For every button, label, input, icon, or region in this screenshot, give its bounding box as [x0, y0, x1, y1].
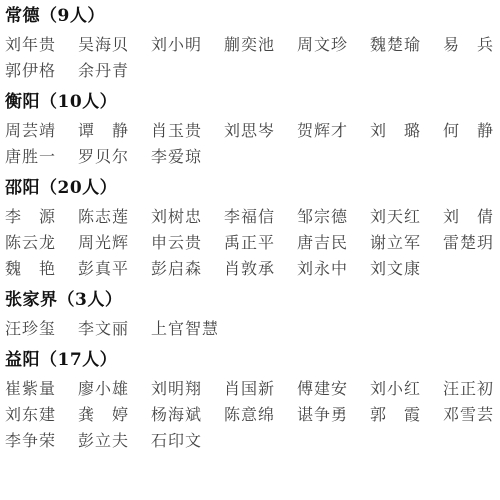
names-grid: 周芸靖谭 静肖玉贵刘思岑贺辉才刘 璐何 静唐胜一罗贝尔李爱琼 [5, 118, 500, 170]
person-name: 唐胜一 [5, 144, 78, 170]
person-name: 刘 璐 [370, 118, 443, 144]
person-name: 李福信 [224, 204, 297, 230]
person-name: 何 静 [443, 118, 500, 144]
person-name: 李争荣 [5, 428, 78, 454]
person-name: 周文珍 [297, 32, 370, 58]
section-heading: 张家界（3人） [5, 284, 500, 316]
person-name: 肖敦承 [224, 256, 297, 282]
section-heading: 益阳（17人） [5, 344, 500, 376]
section-heading: 常德（9人） [5, 0, 500, 32]
person-name: 刘 倩 [443, 204, 500, 230]
person-name: 易 兵 [443, 32, 500, 58]
person-name: 傅建安 [297, 376, 370, 402]
person-name: 廖小雄 [78, 376, 151, 402]
person-name: 汪正初 [443, 376, 500, 402]
region-section: 益阳（17人）崔紫量廖小雄刘明翔肖国新傅建安刘小红汪正初刘东建龚 婷杨海斌陈意绵… [5, 344, 500, 454]
person-name: 邹宗德 [297, 204, 370, 230]
person-name: 刘小红 [370, 376, 443, 402]
person-name: 申云贵 [151, 230, 224, 256]
person-name: 彭真平 [78, 256, 151, 282]
person-name: 禹正平 [224, 230, 297, 256]
person-name: 罗贝尔 [78, 144, 151, 170]
name-list-document: 常德（9人）刘年贵吴海贝刘小明蒯奕池周文珍魏楚瑜易 兵郭伊格余丹青衡阳（10人）… [5, 0, 500, 456]
person-name: 唐吉民 [297, 230, 370, 256]
person-name: 陈云龙 [5, 230, 78, 256]
person-name: 刘树忠 [151, 204, 224, 230]
person-name: 谌争勇 [297, 402, 370, 428]
person-name: 余丹青 [78, 58, 151, 84]
person-name: 肖国新 [224, 376, 297, 402]
person-name: 谭 静 [78, 118, 151, 144]
region-section: 邵阳（20人）李 源陈志莲刘树忠李福信邹宗德刘天红刘 倩陈云龙周光辉申云贵禹正平… [5, 172, 500, 282]
person-name: 李文丽 [78, 316, 151, 342]
section-heading: 衡阳（10人） [5, 86, 500, 118]
person-name: 刘东建 [5, 402, 78, 428]
person-name: 李 源 [5, 204, 78, 230]
section-heading: 邵阳（20人） [5, 172, 500, 204]
person-name: 杨海斌 [151, 402, 224, 428]
person-name: 刘永中 [297, 256, 370, 282]
person-name: 邓雪芸 [443, 402, 500, 428]
person-name: 肖玉贵 [151, 118, 224, 144]
person-name: 周芸靖 [5, 118, 78, 144]
person-name: 彭立夫 [78, 428, 151, 454]
region-section: 衡阳（10人）周芸靖谭 静肖玉贵刘思岑贺辉才刘 璐何 静唐胜一罗贝尔李爱琼 [5, 86, 500, 170]
person-name: 谢立军 [370, 230, 443, 256]
person-name: 刘文康 [370, 256, 443, 282]
person-name: 李爱琼 [151, 144, 224, 170]
names-grid: 汪珍玺李文丽上官智慧 [5, 316, 500, 342]
names-grid: 崔紫量廖小雄刘明翔肖国新傅建安刘小红汪正初刘东建龚 婷杨海斌陈意绵谌争勇郭 霞邓… [5, 376, 500, 454]
person-name: 魏 艳 [5, 256, 78, 282]
person-name: 雷楚玥 [443, 230, 500, 256]
person-name: 刘明翔 [151, 376, 224, 402]
person-name: 汪珍玺 [5, 316, 78, 342]
person-name: 蒯奕池 [224, 32, 297, 58]
person-name: 郭 霞 [370, 402, 443, 428]
person-name: 魏楚瑜 [370, 32, 443, 58]
region-section: 张家界（3人）汪珍玺李文丽上官智慧 [5, 284, 500, 342]
person-name: 龚 婷 [78, 402, 151, 428]
person-name: 石印文 [151, 428, 224, 454]
person-name: 崔紫量 [5, 376, 78, 402]
person-name: 陈意绵 [224, 402, 297, 428]
names-grid: 李 源陈志莲刘树忠李福信邹宗德刘天红刘 倩陈云龙周光辉申云贵禹正平唐吉民谢立军雷… [5, 204, 500, 282]
person-name: 陈志莲 [78, 204, 151, 230]
person-name: 吴海贝 [78, 32, 151, 58]
person-name: 刘天红 [370, 204, 443, 230]
person-name: 上官智慧 [151, 316, 224, 342]
person-name: 刘年贵 [5, 32, 78, 58]
person-name: 郭伊格 [5, 58, 78, 84]
person-name: 刘小明 [151, 32, 224, 58]
person-name: 刘思岑 [224, 118, 297, 144]
person-name: 周光辉 [78, 230, 151, 256]
region-section: 常德（9人）刘年贵吴海贝刘小明蒯奕池周文珍魏楚瑜易 兵郭伊格余丹青 [5, 0, 500, 84]
person-name: 贺辉才 [297, 118, 370, 144]
names-grid: 刘年贵吴海贝刘小明蒯奕池周文珍魏楚瑜易 兵郭伊格余丹青 [5, 32, 500, 84]
person-name: 彭启森 [151, 256, 224, 282]
